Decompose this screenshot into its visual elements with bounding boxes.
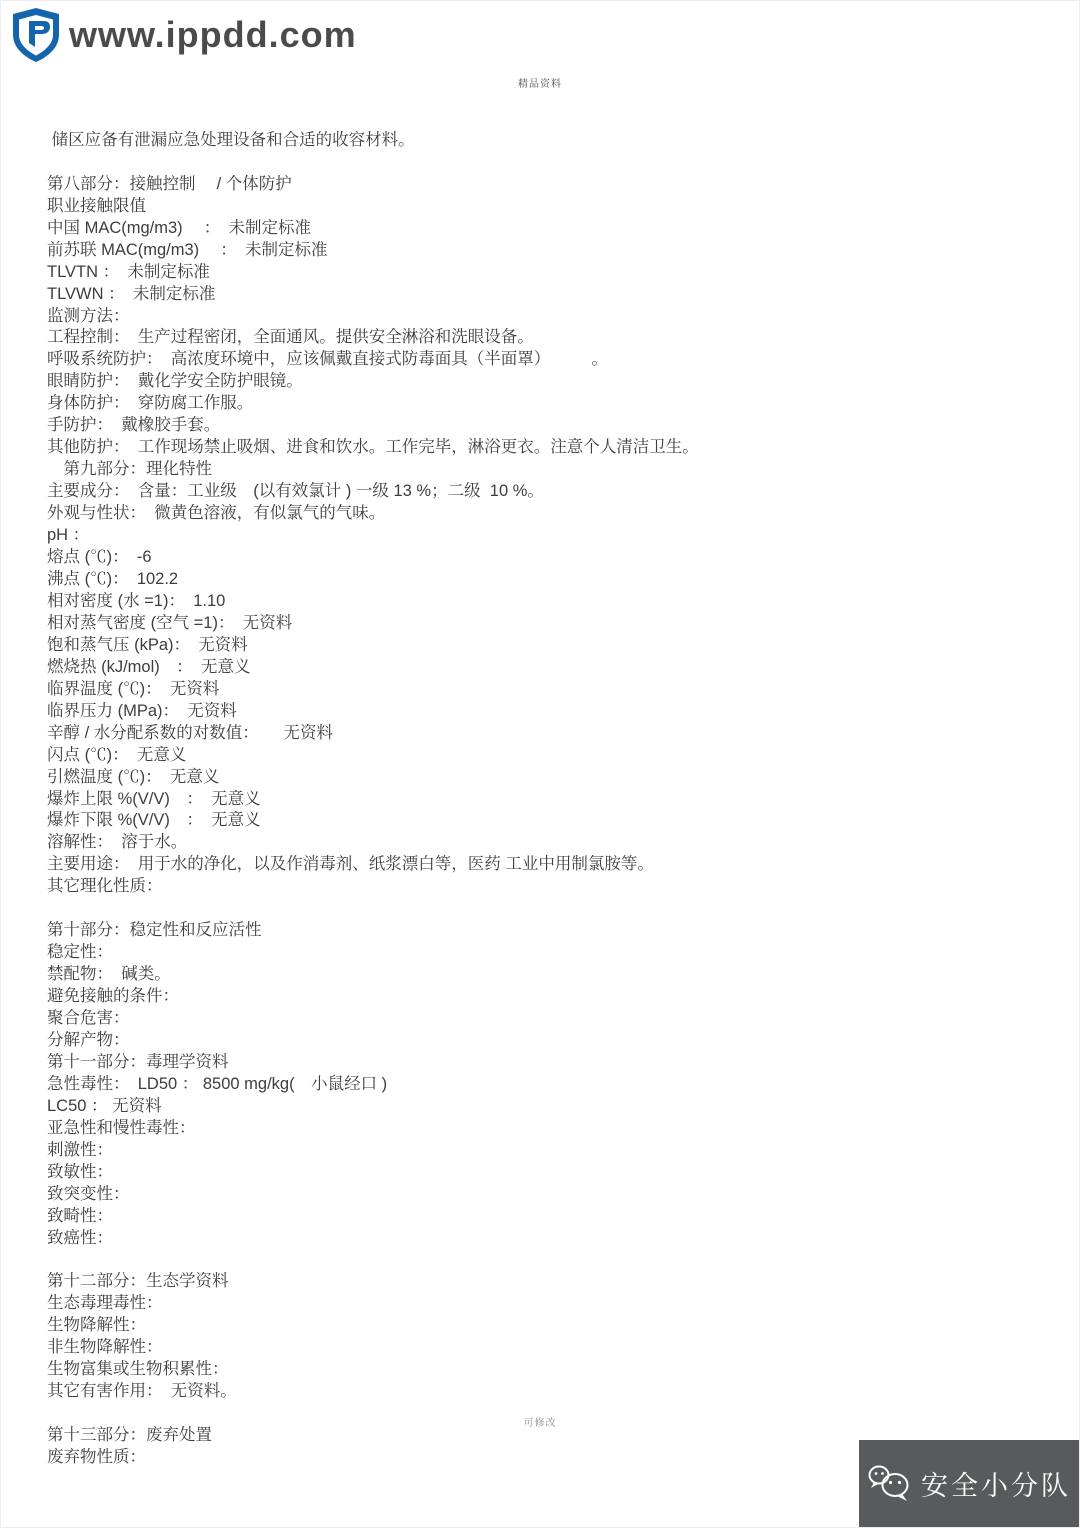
document-line: 其它理化性质： xyxy=(47,876,1049,898)
document-line xyxy=(47,1250,1049,1272)
document-body: 储区应备有泄漏应急处理设备和合适的收容材料。 第八部分：接触控制 / 个体防护职… xyxy=(47,86,1049,1491)
wechat-icon xyxy=(867,1464,915,1504)
document-line: 避免接触的条件： xyxy=(47,986,1049,1008)
editable-watermark-label: 可修改 xyxy=(1,1414,1079,1429)
document-line: 稳定性： xyxy=(47,942,1049,964)
document-line: 呼吸系统防护： 高浓度环境中，应该佩戴直接式防毒面具（半面罩） 。 xyxy=(47,349,1049,371)
document-line: 非生物降解性： xyxy=(47,1337,1049,1359)
document-line: TLVWN ： 未制定标准 xyxy=(47,284,1049,306)
document-line: 亚急性和慢性毒性： xyxy=(47,1118,1049,1140)
document-line: 前苏联 MAC(mg/m3) ： 未制定标准 xyxy=(47,240,1049,262)
document-line: 中国 MAC(mg/m3) ： 未制定标准 xyxy=(47,218,1049,240)
document-line: 致畸性： xyxy=(47,1206,1049,1228)
document-line: 饱和蒸气压 (kPa)： 无资料 xyxy=(47,635,1049,657)
document-line: 身体防护： 穿防腐工作服。 xyxy=(47,393,1049,415)
document-line: 聚合危害： xyxy=(47,1008,1049,1030)
document-line: LC50 ： 无资料 xyxy=(47,1096,1049,1118)
document-line: 其他防护： 工作现场禁止吸烟、进食和饮水。工作完毕，淋浴更衣。注意个人清洁卫生。 xyxy=(47,437,1049,459)
document-line: 第九部分：理化特性 xyxy=(47,459,1049,481)
document-line: 致突变性： xyxy=(47,1184,1049,1206)
document-line: 刺激性： xyxy=(47,1140,1049,1162)
document-line: 储区应备有泄漏应急处理设备和合适的收容材料。 xyxy=(47,130,1049,152)
document-line: 禁配物： 碱类。 xyxy=(47,964,1049,986)
document-line: 临界压力 (MPa)： 无资料 xyxy=(47,701,1049,723)
document-line: 职业接触限值 xyxy=(47,196,1049,218)
document-line xyxy=(47,898,1049,920)
document-line: 相对密度 (水 =1)： 1.10 xyxy=(47,591,1049,613)
document-line: 爆炸下限 %(V/V) ： 无意义 xyxy=(47,810,1049,832)
document-line: 引燃温度 (℃)： 无意义 xyxy=(47,767,1049,789)
document-line xyxy=(47,152,1049,174)
document-line: 分解产物： xyxy=(47,1030,1049,1052)
document-line: TLVTN ： 未制定标准 xyxy=(47,262,1049,284)
document-line: 生物降解性： xyxy=(47,1315,1049,1337)
document-line: 闪点 (℃)： 无意义 xyxy=(47,745,1049,767)
document-line: 生物富集或生物积累性： xyxy=(47,1359,1049,1381)
document-line: 燃烧热 (kJ/mol) ： 无意义 xyxy=(47,657,1049,679)
document-line: 急性毒性： LD50 ： 8500 mg/kg( 小鼠经口 ) xyxy=(47,1074,1049,1096)
document-line: 临界温度 (℃)： 无资料 xyxy=(47,679,1049,701)
document-line: 监测方法： xyxy=(47,306,1049,328)
site-logo: www.ippdd.com xyxy=(11,7,357,63)
corner-watermark-text: 安全小分队 xyxy=(921,1464,1071,1503)
document-lines: 储区应备有泄漏应急处理设备和合适的收容材料。 第八部分：接触控制 / 个体防护职… xyxy=(47,130,1049,1469)
document-line: 生态毒理毒性： xyxy=(47,1293,1049,1315)
document-line: 主要成分： 含量：工业级 (以有效氯计 ) 一级 13 %；二级 10 %。 xyxy=(47,481,1049,503)
document-line: 相对蒸气密度 (空气 =1)： 无资料 xyxy=(47,613,1049,635)
document-line: 第十一部分：毒理学资料 xyxy=(47,1052,1049,1074)
document-line: 辛醇 / 水分配系数的对数值： 无资料 xyxy=(47,723,1049,745)
document-line: 爆炸上限 %(V/V) ： 无意义 xyxy=(47,789,1049,811)
document-line: 主要用途： 用于水的净化，以及作消毒剂、纸浆漂白等，医药 工业中用制氯胺等。 xyxy=(47,854,1049,876)
document-line: 第十部分：稳定性和反应活性 xyxy=(47,920,1049,942)
document-line: 外观与性状： 微黄色溶液，有似氯气的气味。 xyxy=(47,503,1049,525)
site-url-text: www.ippdd.com xyxy=(69,14,357,56)
document-line: 溶解性： 溶于水。 xyxy=(47,832,1049,854)
document-line: 眼睛防护： 戴化学安全防护眼镜。 xyxy=(47,371,1049,393)
shield-logo-icon xyxy=(11,7,61,63)
document-line: 熔点 (℃)： -6 xyxy=(47,547,1049,569)
document-line: 手防护： 戴橡胶手套。 xyxy=(47,415,1049,437)
corner-watermark: 安全小分队 xyxy=(859,1440,1079,1527)
document-line: 致癌性： xyxy=(47,1228,1049,1250)
document-line: 第八部分：接触控制 / 个体防护 xyxy=(47,174,1049,196)
document-line: pH ： xyxy=(47,525,1049,547)
document-line: 沸点 (℃)： 102.2 xyxy=(47,569,1049,591)
document-line: 其它有害作用： 无资料。 xyxy=(47,1381,1049,1403)
document-line: 工程控制： 生产过程密闭，全面通风。提供安全淋浴和洗眼设备。 xyxy=(47,327,1049,349)
document-line: 第十二部分：生态学资料 xyxy=(47,1271,1049,1293)
document-line: 致敏性： xyxy=(47,1162,1049,1184)
page: { "header": { "site_url": "www.ippdd.com… xyxy=(0,0,1080,1528)
